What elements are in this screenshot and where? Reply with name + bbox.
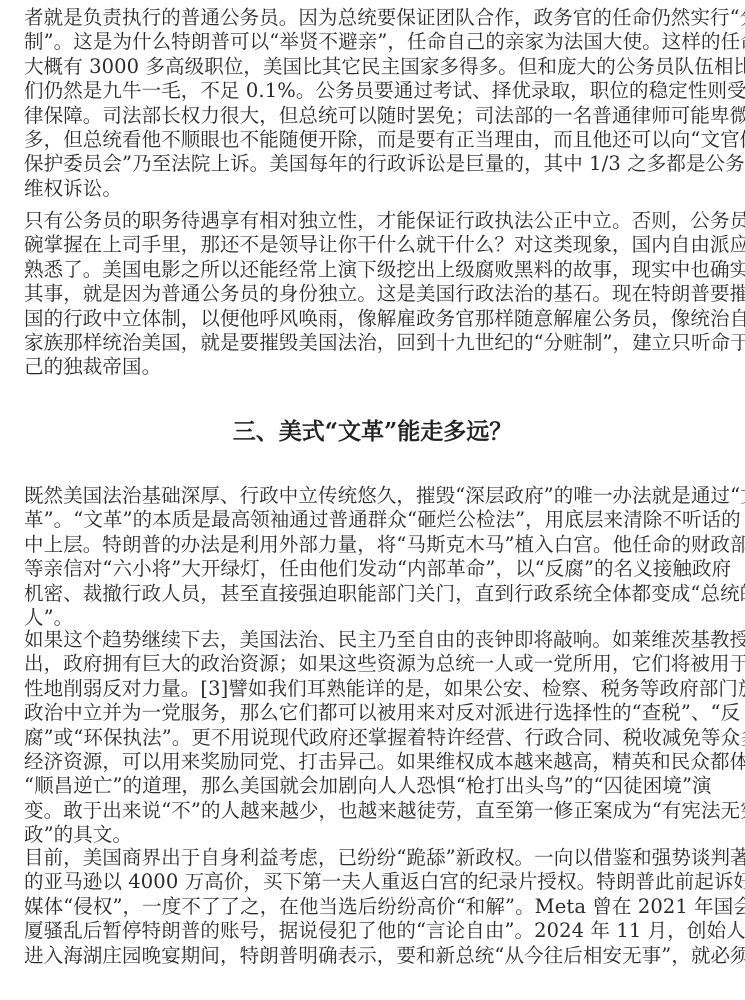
text-line: 多，但总统看他不顺眼也不能随便开除，而是要有正当理由，而且他还可以向“文官体制 (24, 128, 724, 152)
text-line: 熟悉了。美国电影之所以还能经常上演下级挖出上级腐败黑料的故事，现实中也确实偶有 (24, 258, 724, 282)
text-line: 腐”或“环保执法”。更不用说现代政府还掌握着特许经营、行政合同、税收减免等众多 (24, 726, 724, 750)
text-line: 变。敢于出来说“不”的人越来越少，也越来越徒劳，直至第一修正案成为“有宪法无宪 (24, 799, 724, 823)
text-line: 厦骚乱后暂停特朗普的账号，据说侵犯了他的“言论自由”。2024 年 11 月，创… (24, 919, 724, 943)
text-line: 进入海湖庄园晚宴期间，特朗普明确表示，要和新总统“从今往后相安无事”，就必须解 (24, 944, 724, 968)
text-line: 媒体“侵权”，一度不了了之，在他当选后纷纷高价“和解”。Meta 曾在 2021… (24, 895, 724, 919)
text-line: 经济资源，可以用来奖励同党、打击异己。如果维权成本越来越高，精英和民众都体会到 (24, 750, 724, 774)
text-line: 制”。这是为什么特朗普可以“举贤不避亲”，任命自己的亲家为法国大使。这样的任命 (24, 30, 724, 54)
paragraph-rule-of-law-decline: 如果这个趋势继续下去，美国法治、民主乃至自由的丧钟即将敲响。如莱维茨基教授指 出… (24, 628, 724, 848)
section-heading: 三、美式“文革”能走多远？ (0, 417, 745, 447)
text-line: 政”的具文。 (24, 823, 724, 847)
text-line: 家族那样统治美国，就是要摧毁美国法治，回到十九世纪的“分赃制”，建立只听命于自 (24, 331, 724, 355)
text-line: 政治中立并为一党服务，那么它们都可以被用来对反对派进行选择性的“查税”、“反 (24, 701, 724, 725)
text-line: 机密、裁撤行政人员，甚至直接强迫职能部门关门，直到行政系统全体都变成“总统的 (24, 582, 724, 606)
text-line: 其事，就是因为普通公务员的身份独立。这是美国行政法治的基石。现在特朗普要摧毁美 (24, 282, 724, 306)
paragraph-cultural-revolution: 既然美国法治基础深厚、行政中立传统悠久，摧毁“深层政府”的唯一办法就是通过“文 … (24, 484, 724, 630)
text-line: 人”。 (24, 606, 724, 630)
text-line: 己的独裁帝国。 (24, 355, 724, 379)
text-line: 保护委员会”乃至法院上诉。美国每年的行政诉讼是巨量的，其中 1/3 之多都是公务… (24, 152, 724, 176)
text-line: 中上层。特朗普的办法是利用外部力量，将“马斯克木马”植入白宫。他任命的财政部长 (24, 533, 724, 557)
text-line: 等亲信对“六小将”大开绿灯，任由他们发动“内部革命”，以“反腐”的名义接触政府 (24, 557, 724, 581)
paragraph-business-kowtow: 目前，美国商界出于自身利益考虑，已纷纷“跪舔”新政权。一向以借鉴和强势谈判著称 … (24, 846, 724, 968)
text-line: “顺昌逆亡”的道理，那么美国就会加剧向人人恐惧“枪打出头鸟”的“囚徒困境”演 (24, 774, 724, 798)
text-line: 大概有 3000 多高级职位，美国比其它民主国家多得多。但和庞大的公务员队伍相比… (24, 55, 724, 79)
text-line: 者就是负责执行的普通公务员。因为总统要保证团队合作，政务官的任命仍然实行“分赃 (24, 6, 724, 30)
text-line: 只有公务员的职务待遇享有相对独立性，才能保证行政执法公正中立。否则，公务员的饭 (24, 209, 724, 233)
document-page: 者就是负责执行的普通公务员。因为总统要保证团队合作，政务官的任命仍然实行“分赃 … (0, 0, 745, 1000)
text-line: 律保障。司法部长权力很大，但总统可以随时罢免；司法部的一名普通律师可能卑微得 (24, 104, 724, 128)
text-line: 如果这个趋势继续下去，美国法治、民主乃至自由的丧钟即将敲响。如莱维茨基教授指 (24, 628, 724, 652)
text-line: 的亚马逊以 4000 万高价，买下第一夫人重返白宫的纪录片授权。特朗普此前起诉好… (24, 870, 724, 894)
text-line: 维权诉讼。 (24, 177, 724, 201)
text-line: 革”。“文革”的本质是最高领袖通过普通群众“砸烂公检法”，用底层来清除不听话的 (24, 508, 724, 532)
text-line: 碗掌握在上司手里，那还不是领导让你干什么就干什么？对这类现象，国内自由派应该很 (24, 233, 724, 257)
paragraph-administrative-neutrality: 只有公务员的职务待遇享有相对独立性，才能保证行政执法公正中立。否则，公务员的饭 … (24, 209, 724, 380)
text-line: 们仍然是九牛一毛，不足 0.1%。公务员要通过考试、择优录取，职位的稳定性则受到… (24, 79, 724, 103)
text-line: 国的行政中立体制，以便他呼风唤雨，像解雇政务官那样随意解雇公务员，像统治自己的 (24, 307, 724, 331)
text-line: 性地削弱反对力量。[3]譬如我们耳熟能详的是，如果公安、检察、税务等政府部门放弃 (24, 677, 724, 701)
text-line: 既然美国法治基础深厚、行政中立传统悠久，摧毁“深层政府”的唯一办法就是通过“文 (24, 484, 724, 508)
text-line: 出，政府拥有巨大的政治资源；如果这些资源为总统一人或一党所用，它们将被用于系统 (24, 652, 724, 676)
text-line: 目前，美国商界出于自身利益考虑，已纷纷“跪舔”新政权。一向以借鉴和强势谈判著称 (24, 846, 724, 870)
paragraph-civil-service: 者就是负责执行的普通公务员。因为总统要保证团队合作，政务官的任命仍然实行“分赃 … (24, 6, 724, 201)
